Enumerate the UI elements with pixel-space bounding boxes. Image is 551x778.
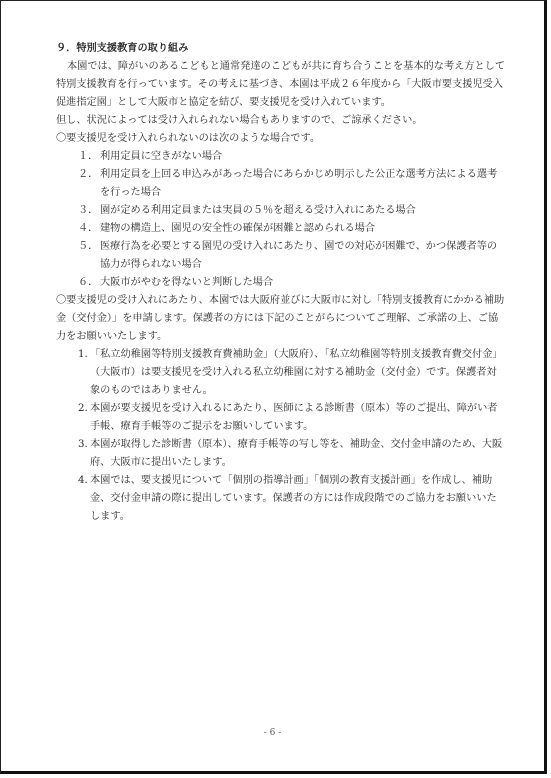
- list-item: 2.本園が要支援児を受け入れるにあたり、医師による診断書（原本）等のご提出、障が…: [56, 400, 506, 436]
- item-text: 利用定員を上回る申込みがあった場合にあらかじめ明示した公正な選考方法による選考を…: [100, 166, 506, 202]
- item-number: ６．: [78, 274, 100, 292]
- item-text: 本園が要支援児を受け入れるにあたり、医師による診断書（原本）等のご提出、障がい者…: [90, 400, 506, 436]
- item-number: ３．: [78, 202, 100, 220]
- document-page: ９．特別支援教育の取り組み 本園では、障がいのあるこどもと通常発達のこどもが共に…: [0, 0, 547, 774]
- section2-title: 〇要支援児の受け入れにあたり、本園では大阪府並びに大阪市に対し「特別支援教育にか…: [56, 292, 506, 346]
- item-number: １．: [78, 148, 100, 166]
- list-item: ３．園が定める利用定員または実員の５％を超える受け入れにあたる場合: [56, 202, 506, 220]
- item-number: ２．: [78, 166, 100, 202]
- list-item: 3.本園が取得した診断書（原本）、療育手帳等の写し等を、補助金、交付金申請のため…: [56, 436, 506, 472]
- section1-title: 〇要支援児を受け入れられないのは次のような場合です。: [56, 130, 506, 148]
- list-item: 4.本園では、要支援児について「個別の指導計画」「個別の教育支援計画」を作成し、…: [56, 472, 506, 526]
- intro-paragraph: 本園では、障がいのあるこどもと通常発達のこどもが共に育ち合うことを基本的な考え方…: [56, 58, 506, 112]
- item-number: 2.: [78, 400, 90, 436]
- list-item: ２．利用定員を上回る申込みがあった場合にあらかじめ明示した公正な選考方法による選…: [56, 166, 506, 202]
- item-text: 園が定める利用定員または実員の５％を超える受け入れにあたる場合: [100, 202, 506, 220]
- section2-list: 1.「私立幼稚園等特別支援教育費補助金」（大阪府）、「私立幼稚園等特別支援教育費…: [56, 346, 506, 526]
- page-content: ９．特別支援教育の取り組み 本園では、障がいのあるこどもと通常発達のこどもが共に…: [56, 40, 506, 526]
- list-item: 1.「私立幼稚園等特別支援教育費補助金」（大阪府）、「私立幼稚園等特別支援教育費…: [56, 346, 506, 400]
- item-text: 利用定員に空きがない場合: [100, 148, 506, 166]
- item-text: 大阪市がやむを得ないと判断した場合: [100, 274, 506, 292]
- item-number: ４．: [78, 220, 100, 238]
- item-text: 医療行為を必要とする園児の受け入れにあたり、園での対応が困難で、かつ保護者等の協…: [100, 238, 506, 274]
- item-number: 1.: [78, 346, 90, 400]
- list-item: ６．大阪市がやむを得ないと判断した場合: [56, 274, 506, 292]
- list-item: １．利用定員に空きがない場合: [56, 148, 506, 166]
- section-heading: ９．特別支援教育の取り組み: [56, 40, 506, 58]
- item-text: 「私立幼稚園等特別支援教育費補助金」（大阪府）、「私立幼稚園等特別支援教育費交付…: [90, 346, 506, 400]
- item-number: 3.: [78, 436, 90, 472]
- item-number: 4.: [78, 472, 90, 526]
- section1-list: １．利用定員に空きがない場合 ２．利用定員を上回る申込みがあった場合にあらかじめ…: [56, 148, 506, 292]
- item-text: 本園では、要支援児について「個別の指導計画」「個別の教育支援計画」を作成し、補助…: [90, 472, 506, 526]
- list-item: ４．建物の構造上、園児の安全性の確保が困難と認められる場合: [56, 220, 506, 238]
- item-text: 本園が取得した診断書（原本）、療育手帳等の写し等を、補助金、交付金申請のため、大…: [90, 436, 506, 472]
- item-number: ５．: [78, 238, 100, 274]
- list-item: ５．医療行為を必要とする園児の受け入れにあたり、園での対応が困難で、かつ保護者等…: [56, 238, 506, 274]
- note-paragraph: 但し、状況によっては受け入れられない場合もありますので、ご諒承ください。: [56, 112, 506, 130]
- page-number: - 6 -: [1, 724, 544, 742]
- item-text: 建物の構造上、園児の安全性の確保が困難と認められる場合: [100, 220, 506, 238]
